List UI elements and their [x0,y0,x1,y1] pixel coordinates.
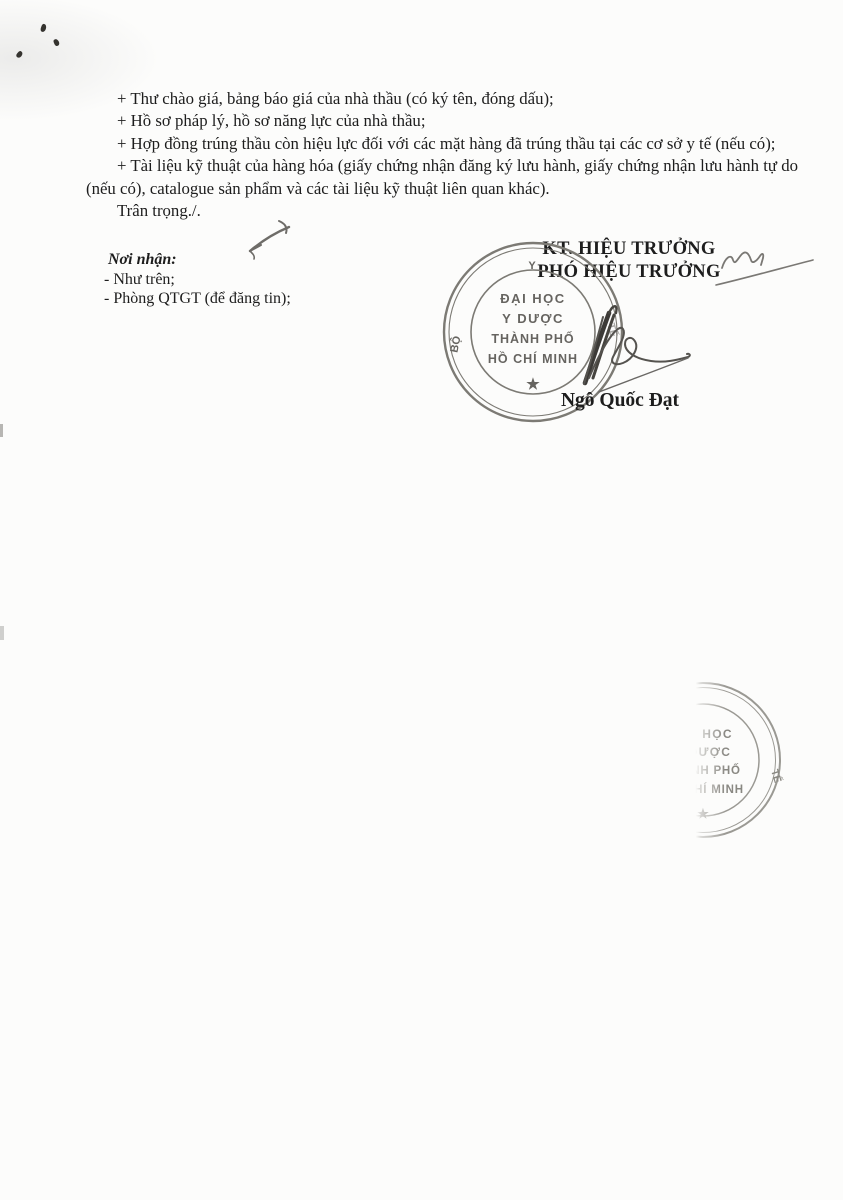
document-page: + Thư chào giá, bảng báo giá của nhà thầ… [0,0,843,1200]
letter-body: + Thư chào giá, bảng báo giá của nhà thầ… [86,88,798,222]
paragraph-legal-docs: + Hồ sơ pháp lý, hồ sơ năng lực của nhà … [86,110,798,132]
stamp-star-icon: ★ [697,806,709,821]
stamp-ring-left: BỘ [448,334,464,353]
recipients-block: Nơi nhận: - Như trên; - Phòng QTGT (để đ… [104,250,291,309]
stamp-ring-top: Y [528,260,536,272]
handwritten-signature [555,285,715,403]
stamp-line4: HỒ CHÍ MINH [662,783,744,796]
handwritten-initials [712,238,822,296]
scan-edge-mark [0,424,3,437]
closing-line: Trân trọng./. [86,200,798,222]
stamp-line2: Y DƯỢC [675,745,731,759]
stamp-ring-right: TẾ [768,768,784,785]
partial-round-stamp: ĐẠI HỌC Y DƯỢC THÀNH PHỐ HỒ CHÍ MINH ★ T… [623,680,788,845]
recipient-item: - Phòng QTGT (để đăng tin); [104,289,291,309]
paragraph-quote-letter: + Thư chào giá, bảng báo giá của nhà thầ… [86,88,798,110]
scan-edge-mark [0,626,4,640]
recipient-item: - Như trên; [104,270,291,290]
stamp-line1: ĐẠI HỌC [673,727,733,741]
staple-mark [53,38,60,46]
signer-name: Ngô Quốc Đạt [520,390,720,412]
paragraph-contracts: + Hợp đồng trúng thầu còn hiệu lực đối v… [86,133,798,155]
paragraph-technical-docs: + Tài liệu kỹ thuật của hàng hóa (giấy c… [86,155,798,200]
recipients-heading: Nơi nhận: [108,250,291,270]
staple-mark [40,23,47,32]
staple-mark [15,50,23,59]
stamp-line3: THÀNH PHỐ [665,763,741,777]
